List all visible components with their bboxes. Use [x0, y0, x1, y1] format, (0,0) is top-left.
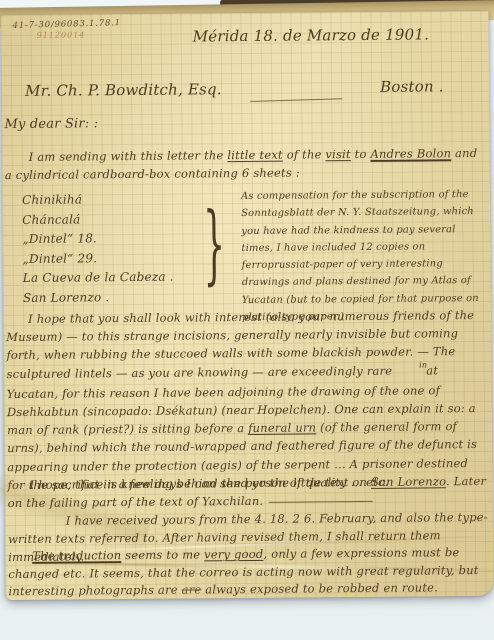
dateline: Mérida 18. de Marzo de 1901. [193, 25, 430, 45]
recipient-line: Mr. Ch. P. Bowditch, Esq. [25, 80, 222, 100]
inserted-correction: in [397, 356, 427, 374]
enclosure-item: „Dintel“ 18. [22, 229, 173, 250]
struck-word: are [182, 583, 202, 597]
enclosure-brace: } [201, 189, 228, 301]
enclosure-item: La Cueva de la Cabeza . [23, 268, 174, 289]
dash-line [268, 501, 372, 503]
underlined-name: Andres Bolon [370, 146, 451, 161]
underlined-phrase: visit [325, 147, 351, 161]
paragraph-text: I am sending with this letter the [29, 148, 228, 164]
accession-number: 41-7-30/96083.1.78.1 [12, 18, 121, 31]
closing-paragraph: The traduction seems to me very good, on… [8, 544, 490, 601]
letter-sheet: 41-7-30/96083.1.78.1 91120014 Mérida 18.… [0, 11, 493, 600]
paragraph-text: of the [283, 147, 326, 161]
enclosure-item: San Lorenzo . [23, 287, 174, 308]
paragraph-text: seems to me [121, 547, 204, 562]
underlined-phrase: little text [227, 148, 283, 162]
underlined-name: San Lorenzo [371, 474, 446, 489]
enclosure-item: „Dintel“ 29. [23, 248, 174, 269]
image-number: 91120014 [37, 30, 86, 39]
paragraph-text: I hope, that in a few days I can send yo… [29, 475, 371, 492]
enclosure-list: Chinikihá Cháncalá „Dintel“ 18. „Dintel“… [22, 190, 174, 308]
paragraph-text: always exposed to be robbed en route. [201, 581, 438, 597]
letter-photograph: 41-7-30/96083.1.78.1 91120014 Mérida 18.… [0, 0, 494, 640]
salutation: My dear Sir: : [4, 116, 98, 132]
recipient-city: Boston . [380, 77, 444, 96]
enclosure-item: Chinikihá [22, 190, 173, 211]
san-lorenzo-paragraph: I hope, that in a few days I can send yo… [7, 472, 487, 513]
brace-glyph: } [203, 196, 225, 295]
opening-paragraph: I am sending with this letter the little… [5, 144, 480, 185]
lintel-paragraph: I hope that you shall look with interest… [6, 306, 488, 494]
address-dash-line [250, 98, 342, 102]
underlined-phrase: funeral urn [248, 421, 316, 436]
underlined-phrase: very good [204, 547, 263, 562]
paragraph-text: to [351, 147, 371, 161]
underlined-phrase: The traduction [32, 548, 121, 563]
enclosure-item: Cháncalá [22, 209, 173, 230]
